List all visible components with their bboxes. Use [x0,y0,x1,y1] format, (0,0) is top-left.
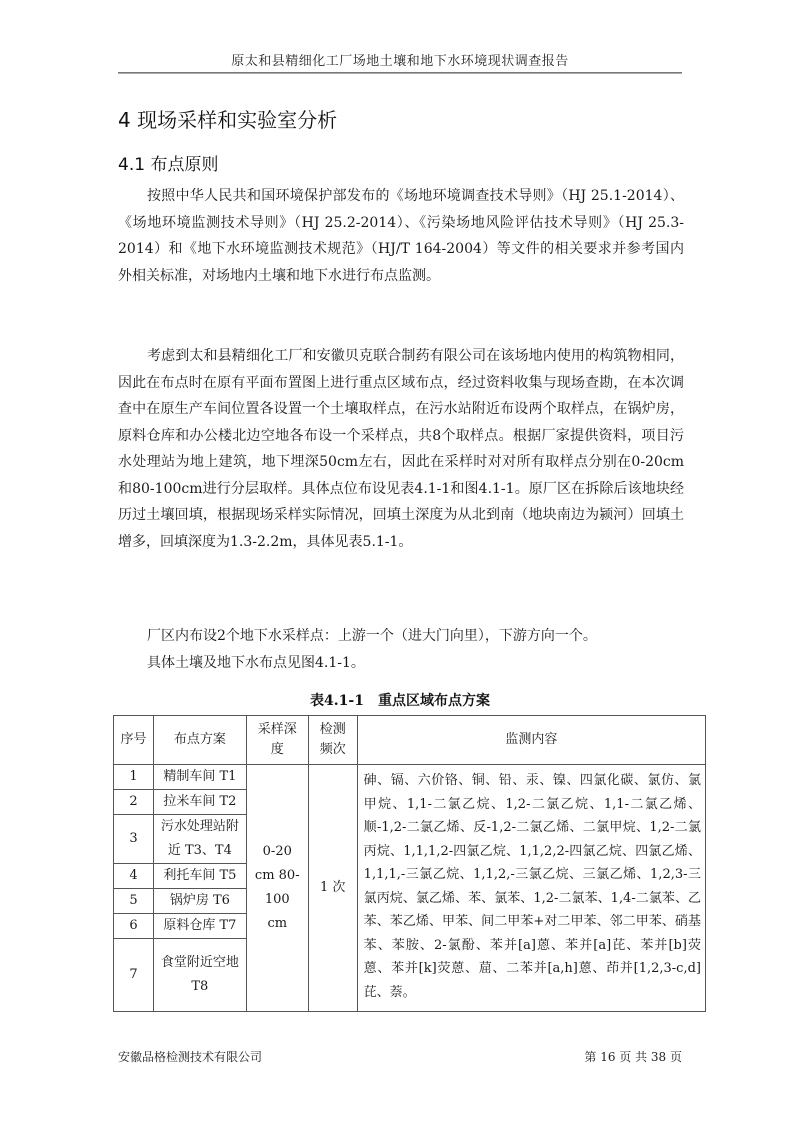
row-plan: 精制车间 T1 [153,765,246,790]
frequency-cell: 1 次 [308,765,357,1012]
header-depth: 采样深度 [246,716,308,765]
table-caption: 表4.1-1 重点区域布点方案 [0,690,800,710]
monitoring-content-cell: 砷、镉、六价铬、铜、铅、汞、镍、四氯化碳、氯仿、氯甲烷、1,1-二氯乙烷、1,2… [357,765,705,1012]
header-content: 监测内容 [357,716,705,765]
row-index: 7 [114,939,154,1012]
subsection-heading: 4.1 布点原则 [118,150,218,175]
row-index: 1 [114,765,154,790]
depth-cell: 0-20 cm 80-100 cm [246,765,308,1012]
header-divider [118,72,682,74]
paragraph-layout-rationale: 考虑到太和县精细化工厂和安徽贝克联合制药有限公司在该场地内使用的构筑物相同，因此… [118,343,684,555]
header-index: 序号 [114,716,154,765]
header-frequency: 检测频次 [308,716,357,765]
row-index: 6 [114,914,154,939]
footer-company: 安徽品格检测技术有限公司 [118,1048,262,1065]
row-plan: 食堂附近空地 T8 [153,939,246,1012]
row-index: 4 [114,864,154,889]
sampling-plan-table: 序号 布点方案 采样深度 检测频次 监测内容 1 精制车间 T1 0-20 cm… [113,715,706,1012]
row-plan: 利托车间 T5 [153,864,246,889]
header-plan: 布点方案 [153,716,246,765]
row-index: 5 [114,889,154,914]
row-index: 2 [114,790,154,815]
footer-page-number: 第 16 页 共 38 页 [584,1048,682,1065]
running-header: 原太和县精细化工厂场地土壤和地下水环境现状调查报告 [0,50,800,69]
row-plan: 锅炉房 T6 [153,889,246,914]
paragraph-standards: 按照中华人民共和国环境保护部发布的《场地环境调查技术导则》（HJ 25.1-20… [118,183,684,289]
table-row: 1 精制车间 T1 0-20 cm 80-100 cm 1 次 砷、镉、六价铬、… [114,765,706,790]
table-header-row: 序号 布点方案 采样深度 检测频次 监测内容 [114,716,706,765]
row-plan: 拉米车间 T2 [153,790,246,815]
row-plan: 原料仓库 T7 [153,914,246,939]
section-heading: 4 现场采样和实验室分析 [118,104,337,133]
paragraph-figure-ref: 具体土壤及地下水布点见图4.1-1。 [118,650,684,677]
paragraph-groundwater: 厂区内布设2个地下水采样点：上游一个（进大门向里），下游方向一个。 [118,623,684,650]
row-plan: 污水处理站附近 T3、T4 [153,815,246,864]
row-index: 3 [114,815,154,864]
